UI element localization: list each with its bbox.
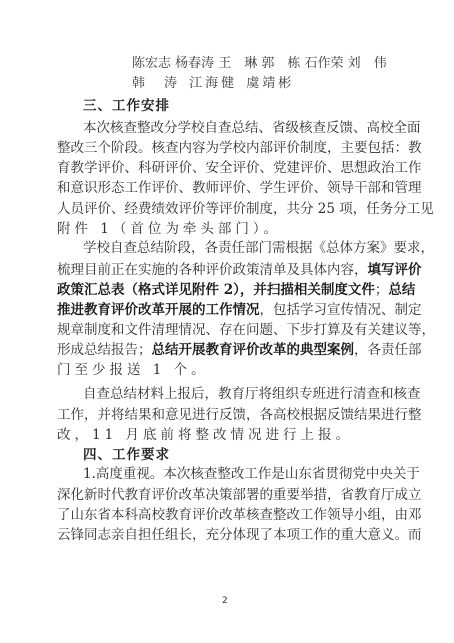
paragraph-line: 深化新时代教育评价改革决策部署的重要举措，省教育厅成立 — [57, 485, 395, 505]
paragraph-line: 云锋同志亲自担任组长，充分体现了本项工作的重大意义。而 — [57, 525, 395, 545]
paragraph-line: 推进教育评价改革开展的工作情况，包括学习宣传情况、制定 — [57, 300, 395, 320]
paragraph-line: 育教学评价、科研评价、安全评价、党建评价、思想政治工作 — [57, 158, 395, 178]
text-normal: ； — [375, 282, 389, 298]
paragraph-line: 本次核查整改分学校自查总结、省级核查反馈、高校全面 — [83, 118, 395, 138]
paragraph-line: 附件 1（首位为牵头部门）。 — [57, 219, 395, 239]
paragraph-line: 梳理目前正在实施的各种评价政策清单及具体内容，填写评价 — [57, 260, 395, 280]
section-heading-3: 三、工作安排 — [83, 96, 170, 116]
paragraph-line: 门至少报送 1 个。 — [57, 360, 395, 380]
text-bold: 填写评价 — [368, 262, 422, 278]
paragraph-line: 了山东省本科高校教育评价改革核查整改工作领导小组，由邓 — [57, 505, 395, 525]
paragraph-line: 形成总结报告；总结开展教育评价改革的典型案例，各责任部 — [57, 340, 395, 360]
paragraph-line: 和意识形态工作评价、教师评价、学生评价、领导干部和管理 — [57, 178, 395, 198]
section-heading-4: 四、工作要求 — [83, 445, 170, 465]
paragraph-line: 改，11 月底前将整改情况进行上报。 — [57, 425, 395, 445]
text-normal: 形成总结报告； — [57, 342, 152, 358]
text-bold: 总结 — [388, 282, 415, 298]
text-normal: ，各责任部 — [354, 342, 422, 358]
names-line-1: 陈宏志 杨春涛 王 琳 郭 栋 石作荣 刘 伟 — [132, 54, 382, 74]
paragraph-line: 自查总结材料上报后，教育厅将组织专班进行清查和核查 — [83, 384, 395, 404]
paragraph-line: 工作，并将结果和意见进行反馈，各高校根据反馈结果进行整 — [57, 405, 395, 425]
text-bold: 总结开展教育评价改革的典型案例 — [152, 342, 355, 358]
paragraph-line: 整改三个阶段。核查内容为学校内部评价制度，主要包括：教 — [57, 138, 395, 158]
names-line-2: 韩 涛 江海健 虞靖彬 — [132, 74, 262, 94]
paragraph-line: 人员评价、经费绩效评价等评价制度，共分 25 项，任务分工见 — [57, 199, 395, 219]
paragraph-line: 政策汇总表（格式详见附件 2），并扫描相关制度文件；总结 — [57, 280, 395, 300]
document-page: 陈宏志 杨春涛 王 琳 郭 栋 石作荣 刘 伟 韩 涛 江海健 虞靖彬 三、工作… — [0, 0, 454, 643]
text-normal: 梳理目前正在实施的各种评价政策清单及具体内容， — [57, 262, 368, 278]
paragraph-line: 学校自查总结阶段，各责任部门需根据《总体方案》要求， — [83, 238, 395, 258]
paragraph-line: 规章制度和文件清理情况、存在问题、下步打算及有关建议等， — [57, 320, 395, 340]
text-bold: 推进教育评价改革开展的工作情况 — [57, 302, 260, 318]
text-bold: 政策汇总表（格式详见附件 2），并扫描相关制度文件 — [57, 282, 375, 298]
text-normal: ，包括学习宣传情况、制定 — [260, 302, 422, 318]
paragraph-line: 1.高度重视。本次核查整改工作是山东省贯彻党中央关于 — [83, 464, 395, 484]
page-number: 2 — [222, 596, 228, 606]
